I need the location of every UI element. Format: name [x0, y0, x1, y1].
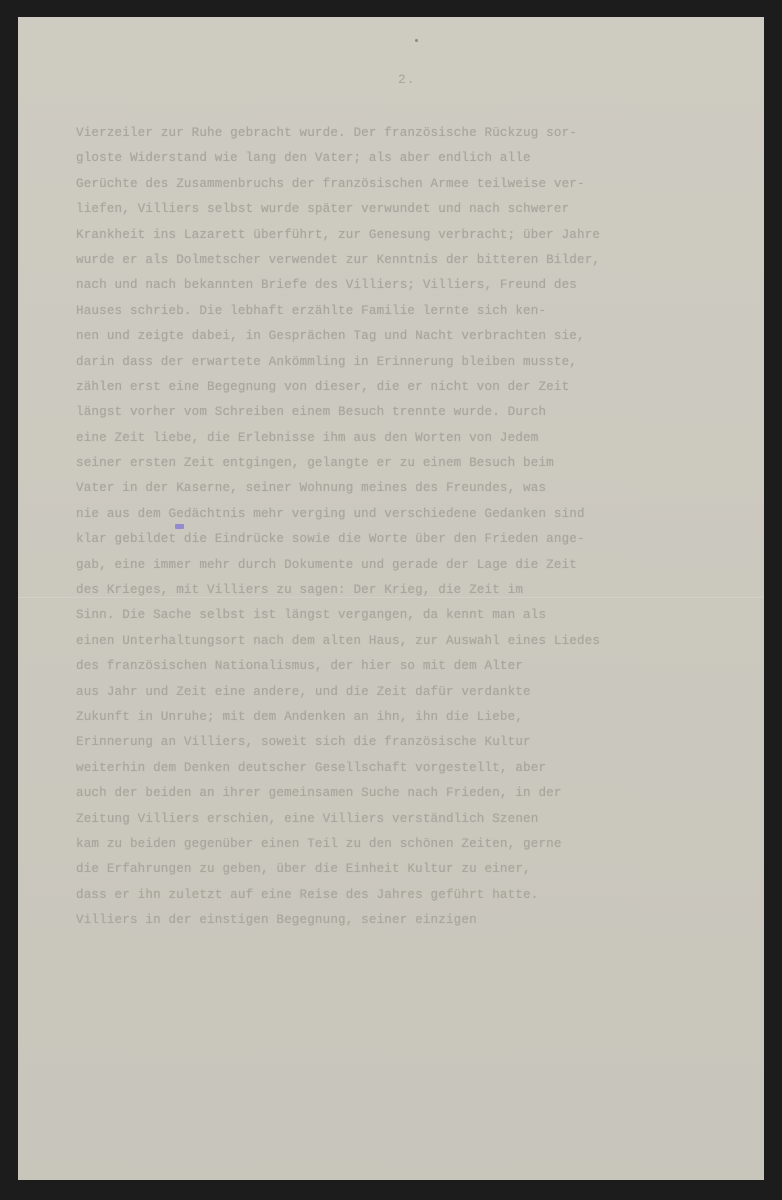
text-line: kam zu beiden gegenüber einen Teil zu de… [76, 832, 756, 857]
text-line: nach und nach bekannten Briefe des Villi… [76, 273, 756, 298]
text-line: Villiers in der einstigen Begegnung, sei… [76, 908, 756, 933]
text-line: gab, eine immer mehr durch Dokumente und… [76, 553, 756, 578]
text-line: Zeitung Villiers erschien, eine Villiers… [76, 807, 756, 832]
text-line: wurde er als Dolmetscher verwendet zur K… [76, 248, 756, 273]
text-line: Krankheit ins Lazarett überführt, zur Ge… [76, 223, 756, 248]
text-line: auch der beiden an ihrer gemeinsamen Suc… [76, 781, 756, 806]
text-line: seiner ersten Zeit entgingen, gelangte e… [76, 451, 756, 476]
paper-speck [415, 39, 418, 42]
text-line: zählen erst eine Begegnung von dieser, d… [76, 375, 756, 400]
text-line: Erinnerung an Villiers, soweit sich die … [76, 730, 756, 755]
text-line: Gerüchte des Zusammenbruchs der französi… [76, 172, 756, 197]
text-line: eine Zeit liebe, die Erlebnisse ihm aus … [76, 426, 756, 451]
text-line: gloste Widerstand wie lang den Vater; al… [76, 146, 756, 171]
text-line: Sinn. Die Sache selbst ist längst vergan… [76, 603, 756, 628]
text-line: nie aus dem Gedächtnis mehr verging und … [76, 502, 756, 527]
text-line: des Krieges, mit Villiers zu sagen: Der … [76, 578, 756, 603]
text-line: darin dass der erwartete Ankömmling in E… [76, 350, 756, 375]
text-line: die Erfahrungen zu geben, über die Einhe… [76, 857, 756, 882]
typewritten-text-body: Vierzeiler zur Ruhe gebracht wurde. Der … [76, 121, 756, 934]
text-line: nen und zeigte dabei, in Gesprächen Tag … [76, 324, 756, 349]
page-number: 2. [398, 72, 416, 87]
text-line: Vater in der Kaserne, seiner Wohnung mei… [76, 476, 756, 501]
text-line: weiterhin dem Denken deutscher Gesellsch… [76, 756, 756, 781]
text-line: des französischen Nationalismus, der hie… [76, 654, 756, 679]
text-line: Vierzeiler zur Ruhe gebracht wurde. Der … [76, 121, 756, 146]
text-line: dass er ihn zuletzt auf eine Reise des J… [76, 883, 756, 908]
text-line: längst vorher vom Schreiben einem Besuch… [76, 400, 756, 425]
text-line: liefen, Villiers selbst wurde später ver… [76, 197, 756, 222]
text-line: einen Unterhaltungsort nach dem alten Ha… [76, 629, 756, 654]
text-line: klar gebildet die Eindrücke sowie die Wo… [76, 527, 756, 552]
text-line: Zukunft in Unruhe; mit dem Andenken an i… [76, 705, 756, 730]
document-page: 2. Vierzeiler zur Ruhe gebracht wurde. D… [18, 17, 764, 1180]
text-line: aus Jahr und Zeit eine andere, und die Z… [76, 680, 756, 705]
text-line: Hauses schrieb. Die lebhaft erzählte Fam… [76, 299, 756, 324]
